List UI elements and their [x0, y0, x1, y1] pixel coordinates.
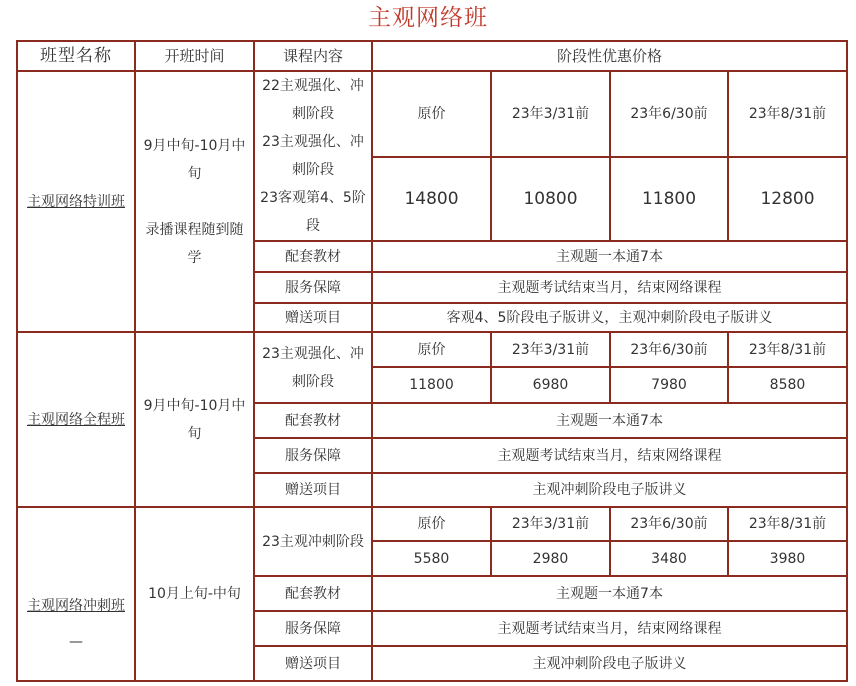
class-2-price-original: 11800 [371, 366, 492, 404]
class-3-price-header-original: 原价 [371, 506, 492, 542]
class-1-price-0630: 11800 [609, 156, 729, 242]
start-time-line: 学 [188, 244, 202, 272]
start-time-line: 旬 [188, 420, 202, 448]
class-1-gift-label: 赠送项目 [253, 302, 373, 333]
start-time-line: 9月中旬-10月中 [144, 132, 246, 160]
class-3-materials: 主观题一本通7本 [371, 575, 848, 612]
page-title: 主观网络班 [0, 2, 856, 34]
class-2-name-cell: 主观网络全程班 [16, 331, 136, 508]
class-2-price-header-original: 原价 [371, 331, 492, 368]
class-1-price-header-0831: 23年8/31前 [727, 70, 848, 158]
class-3-name-suffix: — [69, 628, 83, 656]
class-2-materials-label: 配套教材 [253, 402, 373, 439]
class-2-gift: 主观冲刺阶段电子版讲义 [371, 472, 848, 508]
class-2-price-header-0630: 23年6/30前 [609, 331, 729, 368]
class-1-price-0831: 12800 [727, 156, 848, 242]
class-2-service-label: 服务保障 [253, 437, 373, 474]
class-3-price-header-0331: 23年3/31前 [490, 506, 611, 542]
class-1-service-label: 服务保障 [253, 271, 373, 304]
class-3-service: 主观题考试结束当月，结束网络课程 [371, 610, 848, 647]
class-1-gift: 客观4、5阶段电子版讲义，主观冲刺阶段电子版讲义 [371, 302, 848, 333]
class-3-price-0331: 2980 [490, 540, 611, 577]
class-1-price-header-0630: 23年6/30前 [609, 70, 729, 158]
start-time-line: 10月上旬-中旬 [148, 580, 241, 608]
class-3-price-0831: 3980 [727, 540, 848, 577]
start-time-line: 录播课程随到随 [146, 216, 244, 244]
content-line: 刺阶段 [292, 100, 334, 128]
class-1-service: 主观题考试结束当月，结束网络课程 [371, 271, 848, 304]
class-2-price-0831: 8580 [727, 366, 848, 404]
class-3-name-cell: 主观网络冲刺班 — [16, 506, 136, 682]
class-1-materials-label: 配套教材 [253, 240, 373, 273]
content-line: 段 [306, 212, 320, 240]
start-time-line: 旬 [188, 160, 202, 188]
class-1-content: 22主观强化、冲 刺阶段 23主观强化、冲 刺阶段 23客观第4、5阶 段 [253, 70, 373, 242]
class-1-name-cell: 主观网络特训班 [16, 70, 136, 333]
class-3-name-link[interactable]: 主观网络冲刺班 [27, 592, 125, 620]
class-1-price-header-0331: 23年3/31前 [490, 70, 611, 158]
header-class-name: 班型名称 [16, 40, 136, 72]
header-content: 课程内容 [253, 40, 373, 72]
class-3-service-label: 服务保障 [253, 610, 373, 647]
class-1-price-original: 14800 [371, 156, 492, 242]
start-time-line: 9月中旬-10月中 [144, 392, 246, 420]
class-2-gift-label: 赠送项目 [253, 472, 373, 508]
class-2-price-header-0331: 23年3/31前 [490, 331, 611, 368]
class-3-content: 23主观冲刺阶段 [253, 506, 373, 577]
content-line: 23主观冲刺阶段 [262, 528, 364, 556]
class-1-price-header-original: 原价 [371, 70, 492, 158]
class-3-price-original: 5580 [371, 540, 492, 577]
class-3-gift-label: 赠送项目 [253, 645, 373, 682]
class-1-start-time: 9月中旬-10月中 旬 录播课程随到随 学 [134, 70, 255, 333]
class-3-materials-label: 配套教材 [253, 575, 373, 612]
content-line: 23主观强化、冲 [262, 128, 364, 156]
class-2-price-0630: 7980 [609, 366, 729, 404]
class-2-materials: 主观题一本通7本 [371, 402, 848, 439]
content-line: 刺阶段 [292, 368, 334, 396]
class-2-content: 23主观强化、冲 刺阶段 [253, 331, 373, 404]
class-3-price-header-0630: 23年6/30前 [609, 506, 729, 542]
class-3-gift: 主观冲刺阶段电子版讲义 [371, 645, 848, 682]
class-3-price-header-0831: 23年8/31前 [727, 506, 848, 542]
class-2-service: 主观题考试结束当月，结束网络课程 [371, 437, 848, 474]
class-1-materials: 主观题一本通7本 [371, 240, 848, 273]
class-2-start-time: 9月中旬-10月中 旬 [134, 331, 255, 508]
content-line: 23主观强化、冲 [262, 340, 364, 368]
content-line: 22主观强化、冲 [262, 72, 364, 100]
content-line: 刺阶段 [292, 156, 334, 184]
class-2-name-link[interactable]: 主观网络全程班 [27, 406, 125, 434]
header-price: 阶段性优惠价格 [371, 40, 848, 72]
content-line: 23客观第4、5阶 [260, 184, 366, 212]
class-2-price-0331: 6980 [490, 366, 611, 404]
class-1-name-link[interactable]: 主观网络特训班 [27, 188, 125, 216]
class-2-price-header-0831: 23年8/31前 [727, 331, 848, 368]
class-3-price-0630: 3480 [609, 540, 729, 577]
header-start-time: 开班时间 [134, 40, 255, 72]
class-1-price-0331: 10800 [490, 156, 611, 242]
class-3-start-time: 10月上旬-中旬 [134, 506, 255, 682]
